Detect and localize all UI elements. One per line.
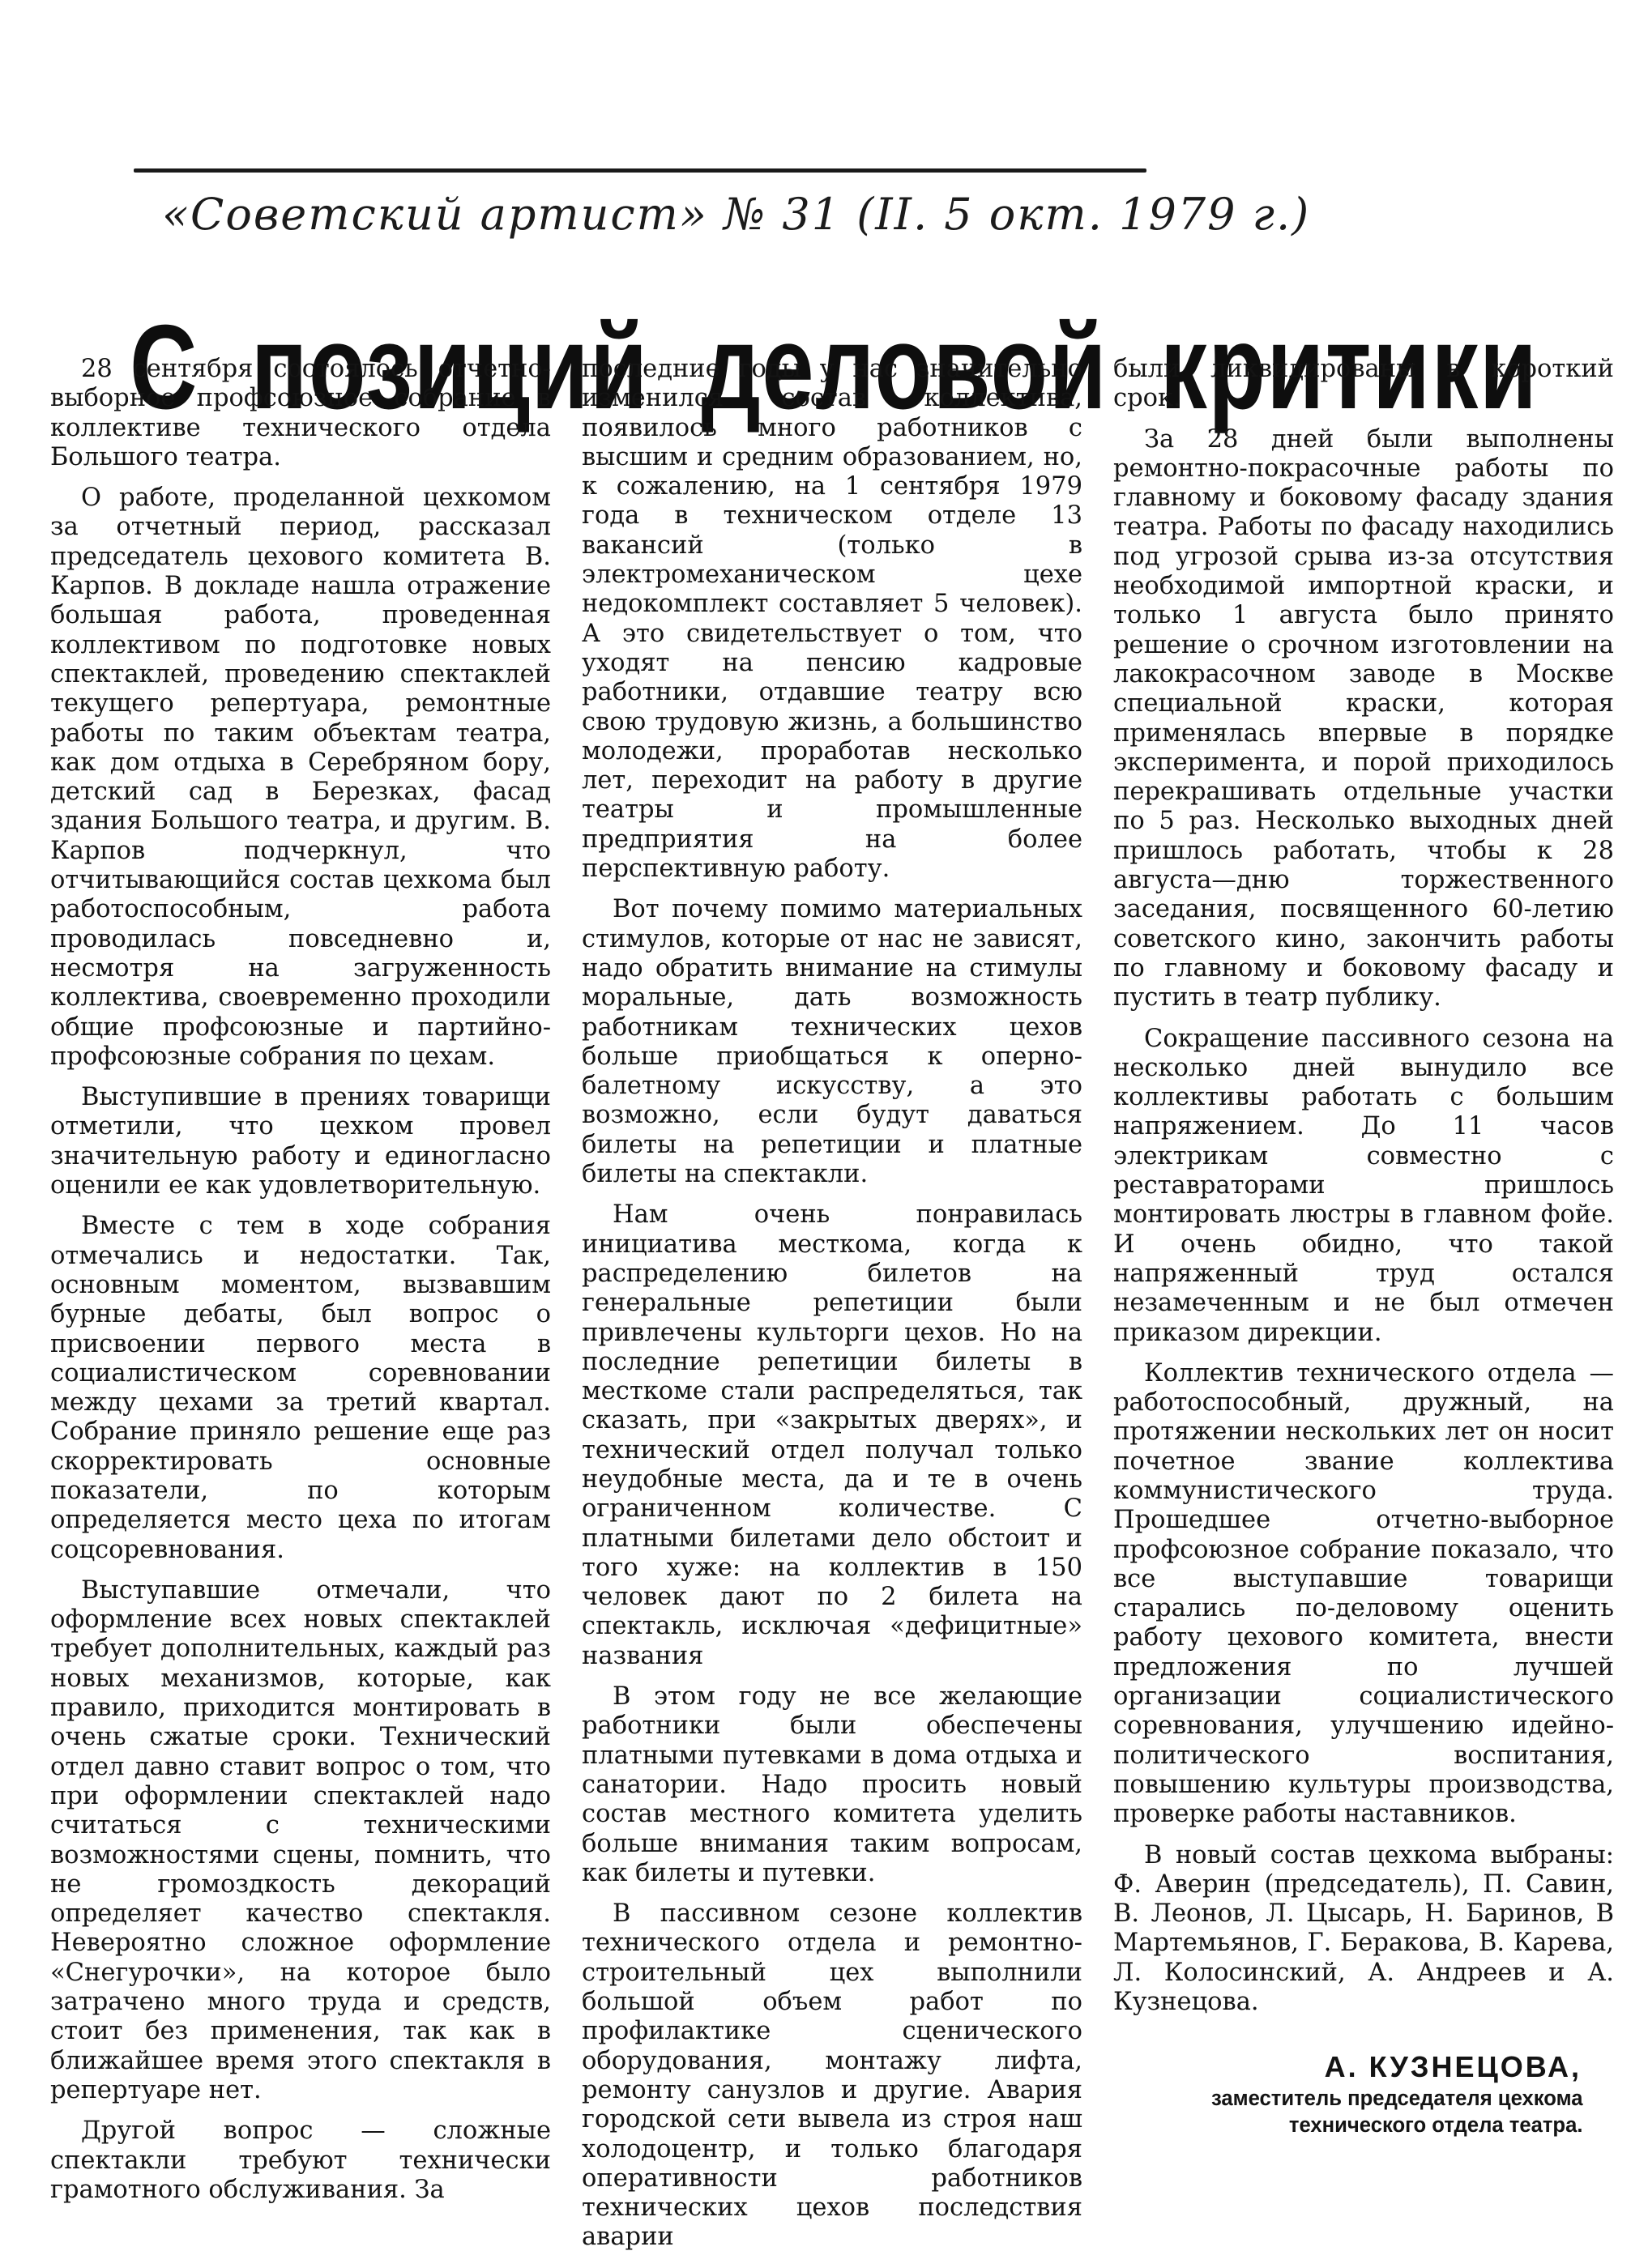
author-signature: А. КУЗНЕЦОВА, заместитель председателя ц… [1113, 2049, 1614, 2138]
article-column-1: 28 сентября состоялось отчетно-выборное … [50, 355, 551, 2264]
paragraph: За 28 дней были выполнены ремонтно-покра… [1113, 425, 1614, 1013]
paragraph: Другой вопрос — сложные спектакли требую… [50, 2117, 551, 2205]
author-name: А. КУЗНЕЦОВА, [1113, 2049, 1606, 2085]
paragraph: Вот почему помимо материальных стимулов,… [582, 895, 1082, 1189]
paragraph: О работе, проделанной цехкомом за отчетн… [50, 484, 551, 1072]
author-role: заместитель председателя цехкома техниче… [1138, 2085, 1606, 2138]
paragraph-continued: были ликвидированы в короткий срок. [1113, 355, 1614, 414]
paragraph: Нам очень понравилась инициатива местком… [582, 1200, 1082, 1671]
top-rule-divider [134, 168, 1146, 173]
article-column-3: были ликвидированы в короткий срок. За 2… [1113, 355, 1614, 2264]
paragraph: Выступившие в прениях товарищи отметили,… [50, 1083, 551, 1200]
paragraph: В пассивном сезоне коллектив техническог… [582, 1899, 1082, 2253]
paragraph: 28 сентября состоялось отчетно-выборное … [50, 355, 551, 472]
paragraph: Коллектив технического отдела — работосп… [1113, 1359, 1614, 1830]
article-column-2: последние годы у нас значительно изменил… [582, 355, 1082, 2264]
paragraph: Сокращение пассивного сезона на нескольк… [1113, 1025, 1614, 1348]
paragraph: Вместе с тем в ходе собрания отмечались … [50, 1212, 551, 1565]
paragraph: В новый состав цехкома выбраны: Ф. Авери… [1113, 1841, 1614, 2018]
paragraph: В этом году не все желающие работники бы… [582, 1682, 1082, 1888]
article-body: 28 сентября состоялось отчетно-выборное … [50, 355, 1614, 2264]
newspaper-clipping: «Советский артист» № 31 (II. 5 окт. 1979… [0, 0, 1648, 2268]
paragraph-continued: последние годы у нас значительно изменил… [582, 355, 1082, 884]
paragraph: Выступавшие отмечали, что оформление все… [50, 1576, 551, 2105]
handwritten-source-note: «Советский артист» № 31 (II. 5 окт. 1979… [162, 190, 1377, 239]
